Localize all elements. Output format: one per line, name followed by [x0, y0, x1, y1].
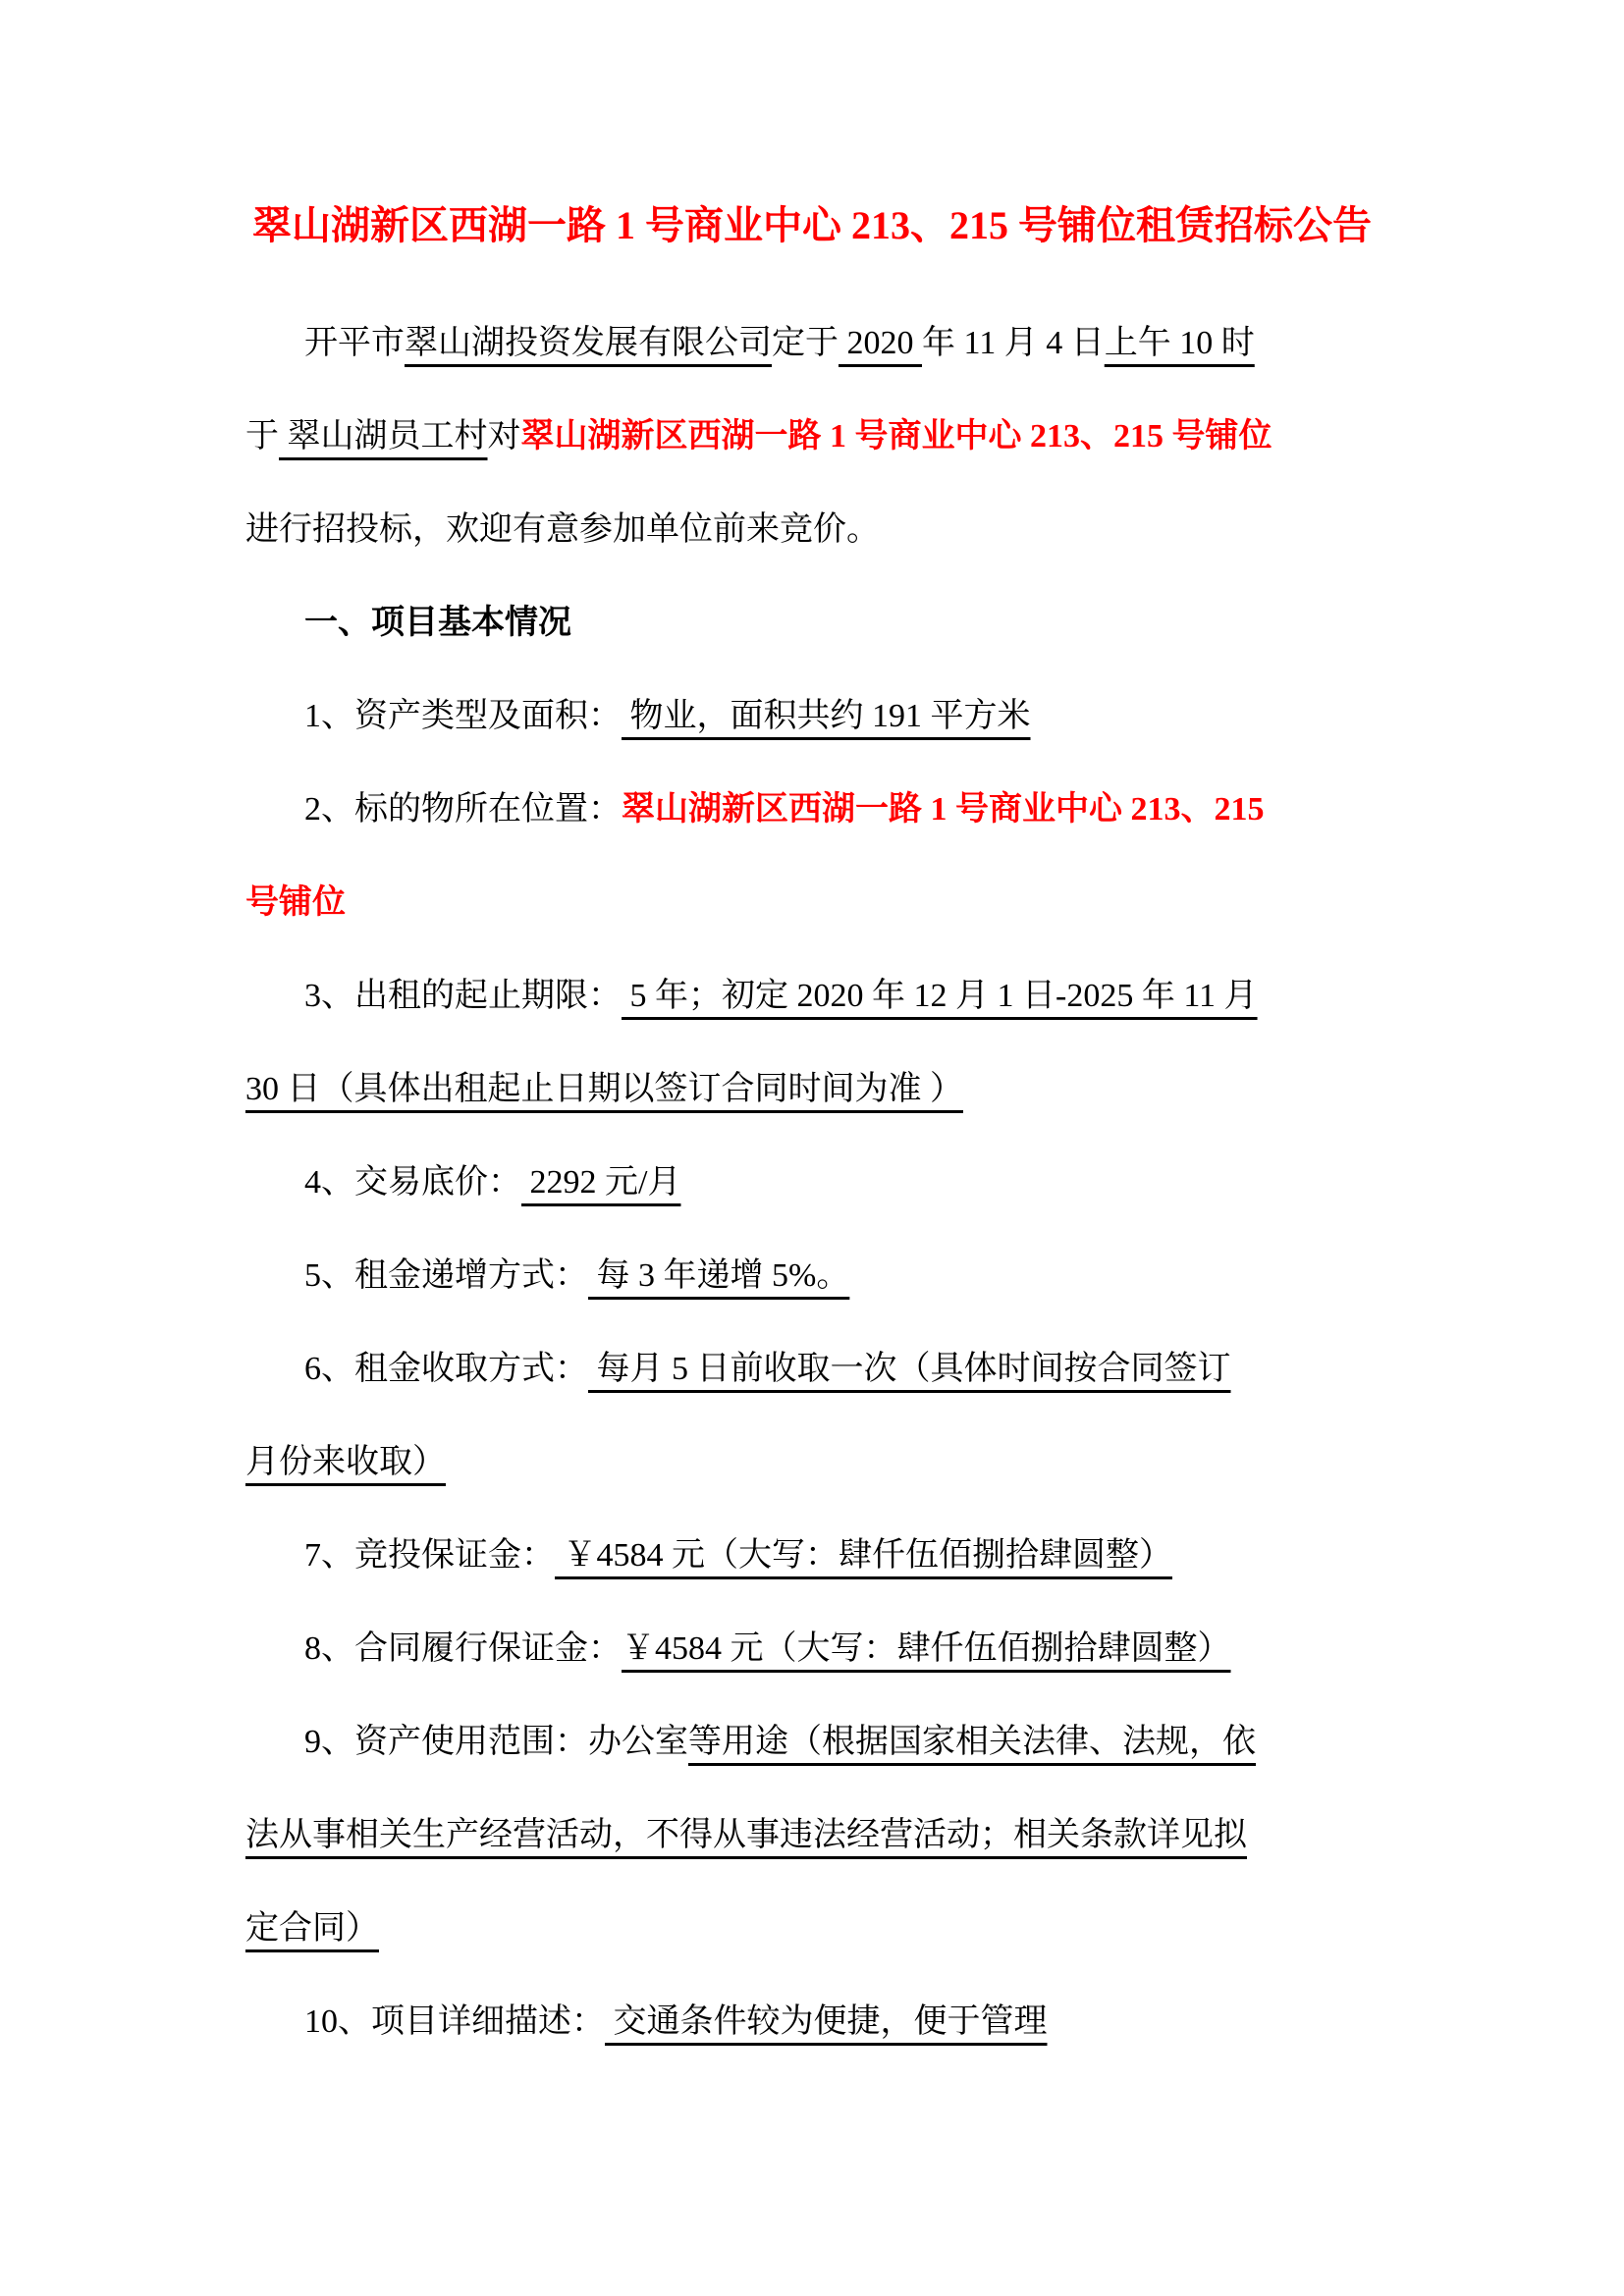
item-4: 4、交易底价： 2292 元/月	[245, 1136, 1379, 1229]
text-run: 4、交易底价：	[304, 1164, 521, 1201]
item-5: 5、租金递增方式： 每 3 年递增 5%。	[245, 1229, 1379, 1322]
text-run: 上午 10 时	[1105, 325, 1255, 361]
text-run: 年 11 月 4 日	[922, 325, 1105, 361]
text-run: 10、项目详细描述：	[304, 2003, 605, 2040]
text-run: 进行招投标，欢迎有意参加单位前来竞价。	[245, 511, 880, 548]
text-run: 2020	[839, 325, 922, 361]
item-8: 8、合同履行保证金：￥4584 元（大写：肆仟伍佰捌拾肆圆整）	[245, 1602, 1379, 1695]
text-run: 定合同）	[245, 1910, 379, 1947]
text-run: 1、资产类型及面积：	[304, 698, 622, 734]
text-run: ￥4584 元（大写：肆仟伍佰捌拾肆圆整）	[555, 1537, 1172, 1574]
item-9-line-3: 定合同）	[245, 1882, 1379, 1975]
intro-line-2: 于 翠山湖员工村对翠山湖新区西湖一路 1 号商业中心 213、215 号铺位	[245, 390, 1379, 483]
text-run: 2、标的物所在位置：	[304, 791, 622, 828]
item-9-line-1: 9、资产使用范围：办公室等用途（根据国家相关法律、法规，依	[245, 1695, 1379, 1789]
text-run: 等用途（根据国家相关法律、法规，依	[688, 1724, 1256, 1760]
text-run: 8、合同履行保证金：	[304, 1630, 622, 1667]
text-run: 7、竞投保证金：	[304, 1537, 555, 1574]
text-run: 法从事相关生产经营活动，不得从事违法经营活动；相关条款详见拟	[245, 1817, 1247, 1853]
document-body: 开平市翠山湖投资发展有限公司定于 2020 年 11 月 4 日上午 10 时于…	[245, 296, 1379, 2068]
text-run: 翠山湖新区西湖一路 1 号商业中心 213、215	[622, 791, 1265, 828]
section-heading: 一、项目基本情况	[245, 576, 1379, 669]
text-run: 6、租金收取方式：	[304, 1351, 588, 1387]
document-page: 翠山湖新区西湖一路 1 号商业中心 213、215 号铺位租赁招标公告 开平市翠…	[0, 0, 1624, 2296]
text-run: 月份来收取）	[245, 1444, 446, 1480]
text-run: 号铺位	[245, 884, 346, 921]
item-3-line-2: 30 日（具体出租起止日期以签订合同时间为准 ）	[245, 1042, 1379, 1136]
item-6-line-1: 6、租金收取方式： 每月 5 日前收取一次（具体时间按合同签订	[245, 1322, 1379, 1415]
document-title: 翠山湖新区西湖一路 1 号商业中心 213、215 号铺位租赁招标公告	[245, 196, 1379, 255]
text-run: 每 3 年递增 5%。	[588, 1257, 849, 1294]
text-run: 物业，面积共约 191 平方米	[622, 698, 1031, 734]
intro-line-3: 进行招投标，欢迎有意参加单位前来竞价。	[245, 483, 1379, 576]
item-7: 7、竞投保证金： ￥4584 元（大写：肆仟伍佰捌拾肆圆整）	[245, 1509, 1379, 1602]
text-run: 对	[488, 418, 521, 454]
text-run: 2292 元/月	[521, 1164, 680, 1201]
text-run: 翠山湖员工村	[279, 418, 488, 454]
text-run: 交通条件较为便捷，便于管理	[605, 2003, 1048, 2040]
text-run: 5、租金递增方式：	[304, 1257, 588, 1294]
item-1: 1、资产类型及面积： 物业，面积共约 191 平方米	[245, 669, 1379, 763]
text-run: 翠山湖投资发展有限公司	[405, 325, 772, 361]
text-run: 开平市	[304, 325, 405, 361]
item-6-line-2: 月份来收取）	[245, 1415, 1379, 1509]
text-run: 一、项目基本情况	[304, 605, 571, 641]
item-2-line-1: 2、标的物所在位置：翠山湖新区西湖一路 1 号商业中心 213、215	[245, 763, 1379, 856]
intro-line-1: 开平市翠山湖投资发展有限公司定于 2020 年 11 月 4 日上午 10 时	[245, 296, 1379, 390]
text-run: 于	[245, 418, 279, 454]
text-run: 9、资产使用范围：办公室	[304, 1724, 688, 1760]
text-run: ￥4584 元（大写：肆仟伍佰捌拾肆圆整）	[622, 1630, 1231, 1667]
item-3-line-1: 3、出租的起止期限： 5 年；初定 2020 年 12 月 1 日-2025 年…	[245, 949, 1379, 1042]
text-run: 5 年；初定 2020 年 12 月 1 日-2025 年 11 月	[622, 978, 1258, 1014]
item-2-line-2: 号铺位	[245, 856, 1379, 949]
text-run: 定于	[772, 325, 839, 361]
text-run: 30 日（具体出租起止日期以签订合同时间为准 ）	[245, 1071, 963, 1107]
text-run: 每月 5 日前收取一次（具体时间按合同签订	[588, 1351, 1231, 1387]
text-run: 3、出租的起止期限：	[304, 978, 622, 1014]
item-9-line-2: 法从事相关生产经营活动，不得从事违法经营活动；相关条款详见拟	[245, 1789, 1379, 1882]
text-run: 翠山湖新区西湖一路 1 号商业中心 213、215 号铺位	[521, 418, 1272, 454]
item-10: 10、项目详细描述： 交通条件较为便捷，便于管理	[245, 1975, 1379, 2068]
